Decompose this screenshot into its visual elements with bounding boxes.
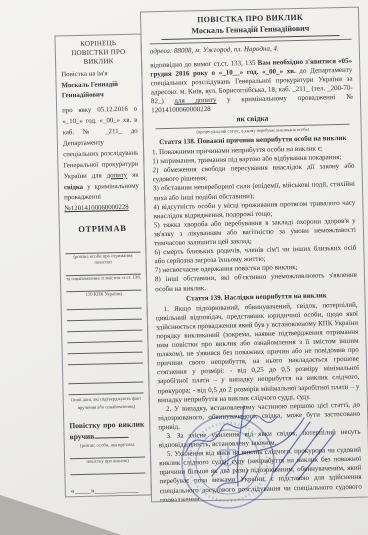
stub-dopyt: допиту — [107, 172, 128, 179]
stub-case-number: №12014100060000228 — [64, 204, 128, 212]
stub-body-text: про явку 05.12.2016 о «_10_» год. «_00_»… — [62, 106, 138, 180]
summons-body: відповідно до вимог ст.ст. 133, 135 Вам … — [150, 57, 353, 116]
stub-recipient-name: Москаль Геннадій Геннадійович — [62, 80, 137, 101]
document-photo: КОРІНЕЦЬ ПОВІСТКИ ПРО ВИКЛИК Повістка на… — [0, 0, 368, 535]
address-line: адреса: 88008, м. Ужгород, пл. Народна, … — [150, 43, 352, 57]
stub-box: КОРІНЕЦЬ ПОВІСТКИ ПРО ВИКЛИК Повістка на… — [54, 34, 151, 498]
summons-dopyt: для допиту — [174, 96, 216, 105]
article-139-paragraph: 5. Ухилення від явки на виклик слідчого,… — [159, 446, 362, 503]
stub-body-text: як — [127, 171, 139, 178]
stub-body: про явку 05.12.2016 о «_10_» год. «_00_»… — [62, 105, 139, 215]
article-139-paragraph: 1. Якщо підозрюваний, обвинувачений, сві… — [156, 300, 360, 405]
summons-box: ПОВІСТКА ПРО ВИКЛИК Москаль Геннадій Ген… — [140, 7, 368, 503]
summons-recipient-name: Москаль Геннадій Геннадійович — [161, 23, 339, 39]
served-line: Повістку про виклик вручив — [69, 418, 144, 442]
stub-name-label: Повістка на ім'я — [61, 69, 136, 81]
other-data-caption: (інші дані, які підтверджують факт — [69, 394, 144, 405]
summons-document: КОРІНЕЦЬ ПОВІСТКИ ПРО ВИКЛИК Повістка на… — [0, 0, 368, 535]
signature-rule — [70, 464, 145, 475]
stub-date-blank: «____»___________ 20__ року — [71, 483, 146, 497]
received-heading: ОТРИМАВ — [65, 222, 140, 236]
stub-svidka: свідка — [64, 183, 83, 190]
stub-title: КОРІНЕЦЬ ПОВІСТКИ ПРО ВИКЛИК — [61, 39, 137, 67]
served-blank — [94, 437, 128, 439]
